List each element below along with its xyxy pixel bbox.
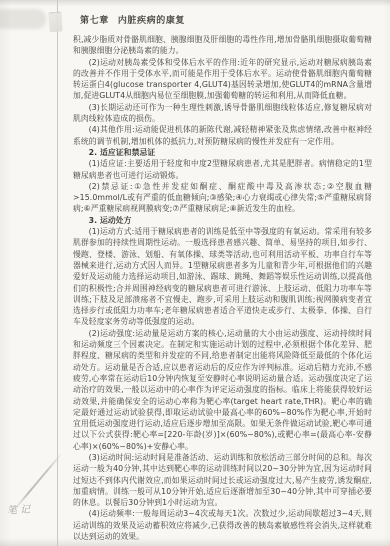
paragraph: (2)禁忌证:①急性并发症如酮症、酮症酸中毒及高渗状态;②空腹血糖>15.0mm… [73,181,372,215]
paragraph: (1)运动方式:适用于糖尿病患者的训练是低至中等强度的有氧运动。常采用有较多肌群… [73,226,372,328]
section-heading: 2. 适应证和禁忌证 [73,147,372,158]
chapter-number: 第七章 [80,16,109,26]
paragraph: 积,减少脂质对骨骼肌细胞、胰腺细胞及肝细胞的毒性作用,增加骨骼肌细胞摄取葡萄糖和… [73,34,372,57]
paragraph: (2)运动强度:运动量是运动方案的核心,运动量的大小由运动强度、运动持续时间和运… [73,328,372,452]
chapter-header: 第七章内脏疾病的康复 [80,13,185,26]
pencil-mark [13,453,62,511]
chapter-ornament-icon [48,12,62,33]
paragraph: (4)运动频率:一般每周运动3~4次或每天1次。次数过少,运动间歇超过3~4天,… [73,508,372,542]
section-heading: 3. 运动处方 [73,215,372,226]
faded-corner-stamp [0,9,46,29]
paragraph: (2)运动对胰岛素受体和受体后水平的作用:近年的研究显示,运动对糖尿病胰岛素的改… [73,57,372,102]
body-text-column: 积,减少脂质对骨骼肌细胞、胰腺细胞及肝细胞的毒性作用,增加骨骼肌细胞摄取葡萄糖和… [73,34,372,542]
paragraph: (1)适应证:主要适用于轻度和中度2型糖尿病患者,尤其是肥胖者。病情稳定的1型糖… [73,158,372,181]
book-page: 第七章内脏疾病的康复 积,减少脂质对骨骼肌细胞、胰腺细胞及肝细胞的毒性作用,增加… [0,0,390,546]
paragraph: (4)其他作用:运动能促进机体的新陈代谢,减轻精神紧张及焦虑情绪,改善中枢神经系… [73,124,372,147]
margin-divider-line [57,0,58,546]
paragraph: (3)长期运动还可作为一种生理性刺激,诱导骨骼肌细胞线粒体适应,修复糖尿病对肌肉… [73,102,372,125]
chapter-title: 内脏疾病的康复 [118,16,185,26]
paragraph: (3)运动时间:运动时间是准备活动、运动训练和放松活动三部分时间的总和。每次运动… [73,452,372,508]
